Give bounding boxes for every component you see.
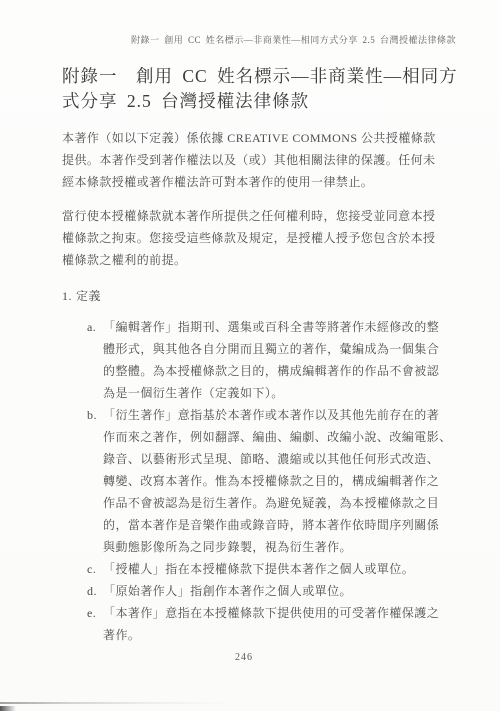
definition-text-b: 「衍生著作」意指基於本著作或本著作以及其他先前存在的著 作而來之著作，例如翻譯、… [103, 404, 452, 558]
page-title-line-1: 附錄一 創用 CC 姓名標示—非商業性—相同方 [62, 64, 456, 89]
page-title: 附錄一 創用 CC 姓名標示—非商業性—相同方 式分享 2.5 台灣授權法律條款 [62, 64, 456, 114]
section-definitions: 1. 定義 a. 「編輯著作」指期刊、選集或百科全書等將著作未經修改的整 體形式… [62, 285, 456, 646]
definition-item-b: b. 「衍生著作」意指基於本著作或本著作以及其他先前存在的著 作而來之著作，例如… [87, 404, 456, 558]
scan-artifact-corner [0, 706, 16, 711]
page-content: 附錄一 創用 CC 姓名標示—非商業性—相同方 式分享 2.5 台灣授權法律條款… [62, 64, 456, 646]
definition-marker-c: c. [87, 558, 103, 580]
definition-item-a: a. 「編輯著作」指期刊、選集或百科全書等將著作未經修改的整 體形式，與其他各自… [87, 316, 456, 404]
document-page: 附錄一 創用 CC 姓名標示—非商業性—相同方式分享 2.5 台灣授權法律條款 … [0, 0, 500, 711]
page-number: 246 [0, 652, 494, 663]
section-number: 1. [62, 285, 76, 307]
definition-marker-e: e. [87, 602, 103, 646]
section-heading: 1. 定義 [62, 285, 456, 307]
definition-text-d: 「原始著作人」指創作本著作之個人或單位。 [103, 580, 352, 602]
definition-text-e: 「本著作」意指在本授權條款下提供使用的可受著作權保護之 著作。 [103, 602, 439, 646]
definition-marker-b: b. [87, 404, 103, 558]
running-header: 附錄一 創用 CC 姓名標示—非商業性—相同方式分享 2.5 台灣授權法律條款 [0, 33, 456, 46]
paragraph-license-intro: 本著作（如以下定義）係依據 CREATIVE COMMONS 公共授權條款 提供… [62, 127, 456, 193]
scan-artifact-line [0, 702, 235, 704]
definitions-list: a. 「編輯著作」指期刊、選集或百科全書等將著作未經修改的整 體形式，與其他各自… [62, 316, 456, 646]
definition-marker-d: d. [87, 580, 103, 602]
paragraph-acceptance: 當行使本授權條款就本著作所提供之任何權利時，您接受並同意本授 權條款之拘束。您接… [62, 205, 456, 271]
definition-item-e: e. 「本著作」意指在本授權條款下提供使用的可受著作權保護之 著作。 [87, 602, 456, 646]
definition-item-c: c. 「授權人」指在本授權條款下提供本著作之個人或單位。 [87, 558, 456, 580]
definition-text-c: 「授權人」指在本授權條款下提供本著作之個人或單位。 [103, 558, 414, 580]
definition-text-a: 「編輯著作」指期刊、選集或百科全書等將著作未經修改的整 體形式，與其他各自分開而… [103, 316, 439, 404]
definition-marker-a: a. [87, 316, 103, 404]
page-title-line-2: 式分享 2.5 台灣授權法律條款 [62, 89, 456, 114]
definition-item-d: d. 「原始著作人」指創作本著作之個人或單位。 [87, 580, 456, 602]
section-title: 定義 [76, 285, 101, 307]
